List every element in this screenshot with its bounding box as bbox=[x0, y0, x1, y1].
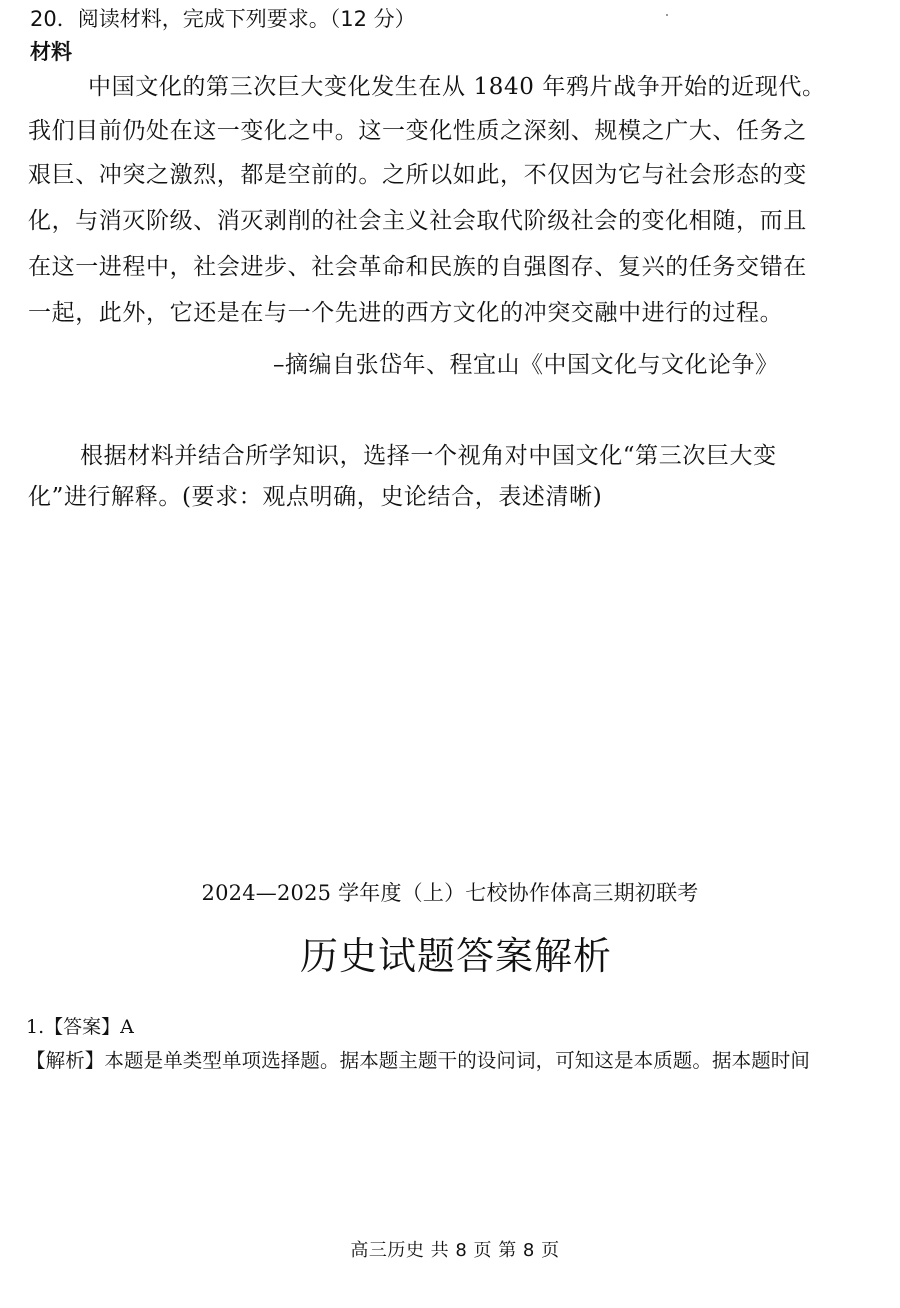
item1-answer: 1.【答案】A bbox=[26, 1012, 134, 1039]
material-line-3: 艰巨、冲突之激烈，都是空前的。之所以如此，不仅因为它与社会形态的变 bbox=[28, 160, 807, 190]
material-line-1: 中国文化的第三次巨大变化发生在从 1840 年鸦片战争开始的近现代。 bbox=[88, 72, 826, 102]
exam-header: 2024—2025 学年度（上）七校协作体高三期初联考 bbox=[0, 877, 900, 907]
task-line-1: 根据材料并结合所学知识，选择一个视角对中国文化“第三次巨大变 bbox=[80, 441, 777, 471]
material-line-6: 一起，此外，它还是在与一个先进的西方文化的冲突交融中进行的过程。 bbox=[28, 298, 783, 328]
material-line-2: 我们目前仍处在这一变化之中。这一变化性质之深刻、规模之广大、任务之 bbox=[28, 116, 807, 146]
page-footer: 高三历史 共 8 页 第 8 页 bbox=[0, 1236, 900, 1262]
question-prompt: 20．阅读材料，完成下列要求。（12 分） bbox=[30, 4, 416, 34]
material-line-5: 在这一进程中，社会进步、社会革命和民族的自强图存、复兴的任务交错在 bbox=[28, 252, 807, 282]
material-line-4: 化，与消灭阶级、消灭剥削的社会主义社会取代阶级社会的变化相随，而且 bbox=[28, 206, 807, 236]
material-label: 材料 bbox=[30, 38, 72, 66]
item1-analysis: 【解析】本题是单类型单项选择题。据本题主题干的设问词，可知这是本质题。据本题时间 bbox=[26, 1045, 810, 1073]
answer-key-title: 历史试题答案解析 bbox=[0, 925, 900, 980]
task-line-2: 化”进行解释。(要求：观点明确，史论结合，表述清晰) bbox=[28, 482, 602, 512]
scan-speck bbox=[666, 14, 668, 16]
material-source: –摘编自张岱年、程宜山《中国文化与文化论争》 bbox=[273, 346, 779, 379]
